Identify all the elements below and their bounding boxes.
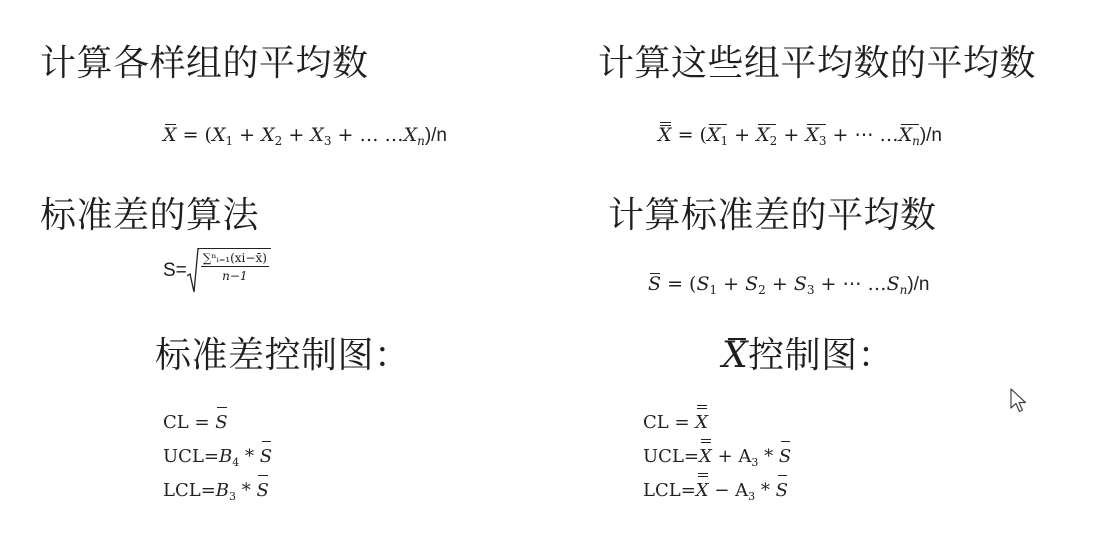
fraction: ∑ⁿᵢ₌₁(xi−x̄) n−1 bbox=[199, 248, 271, 294]
formula-mean-std: S = (S1 + S2 + S3 + ⋯ …Sn)/n bbox=[648, 272, 930, 297]
x-chart-heading-text: 控制图： bbox=[748, 335, 894, 376]
heading-grand-mean: 计算这些组平均数的平均数 bbox=[598, 44, 1036, 84]
heading-group-mean: 计算各样组的平均数 bbox=[40, 44, 369, 84]
mouse-cursor-icon bbox=[1010, 388, 1030, 416]
sqrt-icon bbox=[187, 248, 199, 294]
x-chart-ucl: UCL=X + A3 * S bbox=[643, 440, 791, 474]
heading-mean-std: 计算标准差的平均数 bbox=[608, 196, 937, 236]
x-chart-lcl: LCL=X − A3 * S bbox=[643, 474, 791, 508]
x-chart-limits: CL = X UCL=X + A3 * S LCL=X − A3 * S bbox=[643, 406, 791, 508]
formula-group-mean: X = (X1 + X2 + X3 + … …Xn)/n bbox=[163, 123, 447, 148]
s-chart-lcl: LCL=B3 * S bbox=[163, 474, 272, 508]
x-chart-cl: CL = X bbox=[643, 406, 791, 440]
heading-x-chart: X控制图： bbox=[722, 336, 894, 376]
sqrt-radical: ∑ⁿᵢ₌₁(xi−x̄) n−1 bbox=[187, 248, 271, 294]
s-chart-limits: CL = S UCL=B4 * S LCL=B3 * S bbox=[163, 406, 272, 508]
formula-std-dev: S= ∑ⁿᵢ₌₁(xi−x̄) n−1 bbox=[163, 248, 271, 294]
s-chart-cl: CL = S bbox=[163, 406, 272, 440]
formula-grand-mean: X = (X1 + X2 + X3 + ⋯ …Xn)/n bbox=[658, 123, 942, 148]
s-chart-ucl: UCL=B4 * S bbox=[163, 440, 272, 474]
heading-std-dev: 标准差的算法 bbox=[40, 196, 259, 236]
x-bar-symbol: X bbox=[722, 336, 748, 376]
fraction-numerator: ∑ⁿᵢ₌₁(xi−x̄) bbox=[201, 249, 269, 267]
fraction-denominator: n−1 bbox=[222, 267, 247, 283]
s-label: S= bbox=[163, 260, 187, 282]
heading-s-chart: 标准差控制图： bbox=[155, 336, 411, 376]
